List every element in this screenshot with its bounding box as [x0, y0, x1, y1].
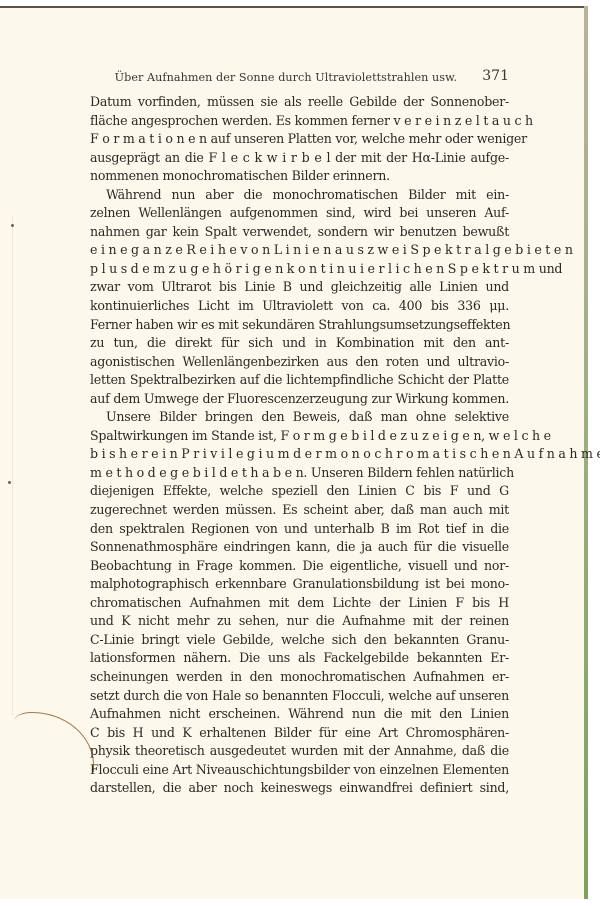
text-line: fläche angesprochen werden. Es kommen fe… [90, 112, 509, 131]
text-line: Spaltwirkungen im Stande ist, F o r m g … [90, 427, 509, 446]
running-head-title: Über Aufnahmen der Sonne durch Ultraviol… [115, 71, 457, 84]
speck [11, 224, 14, 227]
text-line: p l u s d e m z u g e h ö r i g e n k o … [90, 260, 509, 279]
text-line: nahmen gar kein Spalt verwendet, sondern… [90, 223, 509, 242]
paragraph: Unsere Bilder bringen den Beweis, daß ma… [90, 408, 509, 797]
text-line: F o r m a t i o n e n auf unseren Platte… [90, 130, 509, 149]
text-line: ausgeprägt an die F l e c k w i r b e l … [90, 149, 509, 168]
paragraph: Während nun aber die monochromatischen B… [90, 186, 509, 409]
text-line: lationsformen nähern. Die uns als Fackel… [90, 649, 509, 668]
text-line: zu tun, die direkt für sich und in Kombi… [90, 334, 509, 353]
text-line: Beobachtung in Frage kommen. Die eigentl… [90, 557, 509, 576]
text-line: nommenen monochromatischen Bilder erinne… [90, 167, 509, 186]
text-line: den spektralen Regionen von und unterhal… [90, 520, 509, 539]
body-text: Datum vorfinden, müssen sie als reelle G… [90, 93, 509, 798]
text-line: physik theoretisch ausgedeutet wurden mi… [90, 742, 509, 761]
paragraph: Datum vorfinden, müssen sie als reelle G… [90, 93, 509, 186]
text-line: b i s h e r e i n P r i v i l e g i u m … [90, 445, 509, 464]
text-line: zugerechnet werden müssen. Es scheint ab… [90, 501, 509, 520]
text-line: Ferner haben wir es mit sekundären Strah… [90, 316, 509, 335]
text-line: zelnen Wellenlängen aufgenommen sind, wi… [90, 204, 509, 223]
text-line: C bis H und K erhaltenen Bilder für eine… [90, 724, 509, 743]
fold-crease [12, 216, 13, 716]
text-line: C-Linie bringt viele Gebilde, welche sic… [90, 631, 509, 650]
text-line: Unsere Bilder bringen den Beweis, daß ma… [90, 408, 509, 427]
text-line: und K nicht mehr zu sehen, nur die Aufna… [90, 612, 509, 631]
running-head: Über Aufnahmen der Sonne durch Ultraviol… [90, 68, 509, 88]
text-line: m e t h o d e g e b i l d e t h a b e n.… [90, 464, 509, 483]
text-line: scheinungen werden in den monochromatisc… [90, 668, 509, 687]
scanned-page: Über Aufnahmen der Sonne durch Ultraviol… [0, 0, 600, 906]
text-line: diejenigen Effekte, welche speziell den … [90, 482, 509, 501]
text-line: darstellen, die aber noch keineswegs ein… [90, 779, 509, 798]
text-line: Sonnenathmosphäre eindringen kann, die j… [90, 538, 509, 557]
text-line: auf dem Umwege der Fluorescenzerzeugung … [90, 390, 509, 409]
page-number: 371 [482, 68, 509, 84]
text-line: setzt durch die von Hale so benannten Fl… [90, 687, 509, 706]
text-line: malphotographisch erkennbare Granulation… [90, 575, 509, 594]
text-line: agonistischen Wellenlängenbezirken aus d… [90, 353, 509, 372]
text-line: Aufnahmen nicht erscheinen. Während nun … [90, 705, 509, 724]
text-line: Datum vorfinden, müssen sie als reelle G… [90, 93, 509, 112]
text-line: chromatischen Aufnahmen mit dem Lichte d… [90, 594, 509, 613]
text-line: Während nun aber die monochromatischen B… [90, 186, 509, 205]
text-line: kontinuierliches Licht im Ultraviolett v… [90, 297, 509, 316]
text-line: Flocculi eine Art Niveauschichtungsbilde… [90, 761, 509, 780]
text-line: letten Spektralbezirken auf die lichtemp… [90, 371, 509, 390]
text-line: e i n e g a n z e R e i h e v o n L i n … [90, 241, 509, 260]
speck [8, 481, 11, 484]
text-line: zwar vom Ultrarot bis Linie B und gleich… [90, 278, 509, 297]
